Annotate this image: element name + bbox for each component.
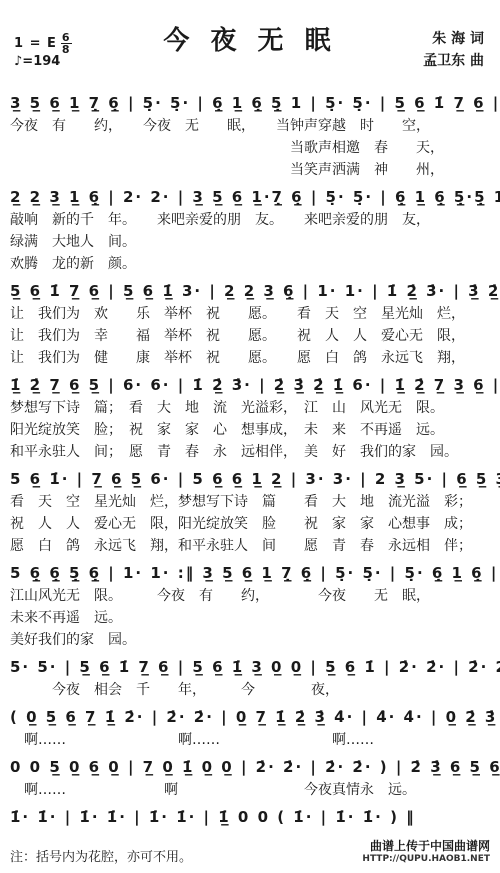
system-2: 2̲ 2̲ 3̲ 1̲ 6̲̣ | 2· 2· | 3̲ 5̲ 6̲ 1̲·7̲… xyxy=(10,186,490,275)
notation-line-9: 0 0 5̲ 0̲ 6̲ 0̲ | 7̲ 0̲ 1̲̇ 0̲ 0̲ | 2̇· … xyxy=(10,756,490,779)
lyrics-line-3-3: 让 我们为 健 康 举杯 祝 愿。 愿 白 鸽 永远飞 翔， xyxy=(10,347,490,369)
lyrics-line-3-2: 让 我们为 幸 福 举杯 祝 愿。 祝 人 人 爱心无 限， xyxy=(10,325,490,347)
lyricist: 朱 海 词 xyxy=(423,28,484,50)
notation-line-6: 5 6̲̣ 6̲̣ 5̲̣ 6̲̣ | 1· 1· :‖ 3̲ 5̲ 6̲ 1̲… xyxy=(10,562,490,585)
notation-line-3: 5̲ 6̲ 1̇ 7̲ 6̲ | 5̲ 6̲ 1̲̇ 3· | 2̲ 2̲ 3̲… xyxy=(10,280,490,303)
song-title: 今 夜 无 眠 xyxy=(10,20,490,57)
footnote: 注：括号内为花腔，亦可不用。 xyxy=(10,846,192,865)
notation-line-10: 1̇· 1̇· | 1̇· 1̇· | 1̇· 1̇· | 1̲̇ 0 0 ( … xyxy=(10,806,490,829)
system-8: ( 0̲ 5̲ 6̲ 7̲ 1̲̇ 2̇· | 2̇· 2̇· | 0̲ 7̲ … xyxy=(10,706,490,751)
lyrics-line-5-3: 愿 白 鸽 永远飞 翔，和平永驻人 间 愿 青 春 永远相 伴； xyxy=(10,535,490,557)
lyrics-line-3-1: 让 我们为 欢 乐 举杯 祝 愿。 看 天 空 星光灿 烂， xyxy=(10,303,490,325)
lyrics-line-9-1: 啊…… 啊 今夜真情永 远。 xyxy=(10,779,490,801)
lyrics-line-1-1: 今夜 有 约， 今夜 无 眠， 当钟声穿越 时 空， xyxy=(10,115,490,137)
lyrics-line-1-2: 当歌声相邀 春 天， xyxy=(10,137,490,159)
system-5: 5 6̲ 1̇· | 7̲ 6̲ 5̲ 6· | 5 6̲ 6̲ 1̲ 2̲ |… xyxy=(10,468,490,557)
credit-block: 曲谱上传于中国曲谱网 HTTP://QUPU.HAOB1.NET xyxy=(362,839,490,865)
lyrics-line-5-1: 看 天 空 星光灿 烂，梦想写下诗 篇 看 大 地 流光溢 彩； xyxy=(10,491,490,513)
lyrics-line-8-1: 啊…… 啊…… 啊…… xyxy=(10,729,490,751)
credits: 朱 海 词 孟卫东 曲 xyxy=(423,28,484,73)
system-10: 1̇· 1̇· | 1̇· 1̇· | 1̇· 1̇· | 1̲̇ 0 0 ( … xyxy=(10,806,490,829)
header: 1 = E 6 8 ♪=194 今 夜 无 眠 朱 海 词 孟卫东 曲 xyxy=(10,14,490,88)
lyrics-line-5-2: 祝 人 人 爱心无 限，阳光绽放笑 脸 祝 家 家 心想事 成； xyxy=(10,513,490,535)
lyrics-line-4-3: 和平永驻人 间； 愿 青 春 永 远相伴， 美 好 我们的家 园。 xyxy=(10,441,490,463)
system-1: 3̲ 5̲ 6̲ 1̲ 7̲̣ 6̲̣ | 5̣· 5̣· | 6̲̣ 1̲ 6… xyxy=(10,92,490,181)
lyrics-line-6-3: 美好我们的家 园。 xyxy=(10,629,490,651)
lyrics-line-7-1: 今夜 相会 千 年， 今 夜， xyxy=(10,679,490,701)
notation-line-1: 3̲ 5̲ 6̲ 1̲ 7̲̣ 6̲̣ | 5̣· 5̣· | 6̲̣ 1̲ 6… xyxy=(10,92,490,115)
lyrics-line-4-1: 梦想写下诗 篇； 看 大 地 流 光溢彩， 江 山 风光无 限。 xyxy=(10,397,490,419)
sheet-music-page: 1 = E 6 8 ♪=194 今 夜 无 眠 朱 海 词 孟卫东 曲 3̲ 5… xyxy=(0,0,500,873)
notation-line-8: ( 0̲ 5̲ 6̲ 7̲ 1̲̇ 2̇· | 2̇· 2̇· | 0̲ 7̲ … xyxy=(10,706,490,729)
lyrics-line-2-2: 绿满 大地人 间。 xyxy=(10,231,490,253)
system-3: 5̲ 6̲ 1̇ 7̲ 6̲ | 5̲ 6̲ 1̲̇ 3· | 2̲ 2̲ 3̲… xyxy=(10,280,490,369)
footer: 注：括号内为花腔，亦可不用。 曲谱上传于中国曲谱网 HTTP://QUPU.HA… xyxy=(10,839,490,865)
notation-line-4: 1̲̇ 2̲̇ 7̲ 6̲ 5̲ | 6· 6· | 1̇ 2̲̇ 3̇· | … xyxy=(10,374,490,397)
lyrics-line-6-2: 未来不再遥 远。 xyxy=(10,607,490,629)
credit-url: HTTP://QUPU.HAOB1.NET xyxy=(362,854,490,865)
lyrics-line-6-1: 江山风光无 限。 今夜 有 约， 今夜 无 眠， xyxy=(10,585,490,607)
system-9: 0 0 5̲ 0̲ 6̲ 0̲ | 7̲ 0̲ 1̲̇ 0̲ 0̲ | 2̇· … xyxy=(10,756,490,801)
lyrics-line-4-2: 阳光绽放笑 脸； 祝 家 家 心 想事成， 未 来 不再遥 远。 xyxy=(10,419,490,441)
notation-line-5: 5 6̲ 1̇· | 7̲ 6̲ 5̲ 6· | 5 6̲ 6̲ 1̲ 2̲ |… xyxy=(10,468,490,491)
system-6: 5 6̲̣ 6̲̣ 5̲̣ 6̲̣ | 1· 1· :‖ 3̲ 5̲ 6̲ 1̲… xyxy=(10,562,490,651)
systems: 3̲ 5̲ 6̲ 1̲ 7̲̣ 6̲̣ | 5̣· 5̣· | 6̲̣ 1̲ 6… xyxy=(10,92,490,829)
composer: 孟卫东 曲 xyxy=(423,50,484,72)
lyrics-line-2-3: 欢腾 龙的新 颜。 xyxy=(10,253,490,275)
system-7: 5· 5· | 5̲ 6̲ 1̇ 7̲ 6̲ | 5̲ 6̲ 1̲̇ 3̲ 0̲… xyxy=(10,656,490,701)
credit-site: 曲谱上传于中国曲谱网 xyxy=(362,839,490,854)
system-4: 1̲̇ 2̲̇ 7̲ 6̲ 5̲ | 6· 6· | 1̇ 2̲̇ 3̇· | … xyxy=(10,374,490,463)
lyrics-line-1-3: 当笑声洒满 神 州， xyxy=(10,159,490,181)
notation-line-2: 2̲ 2̲ 3̲ 1̲ 6̲̣ | 2· 2· | 3̲ 5̲ 6̲ 1̲·7̲… xyxy=(10,186,490,209)
lyrics-line-2-1: 敲响 新的千 年。 来吧亲爱的朋 友。 来吧亲爱的朋 友， xyxy=(10,209,490,231)
notation-line-7: 5· 5· | 5̲ 6̲ 1̇ 7̲ 6̲ | 5̲ 6̲ 1̲̇ 3̲ 0̲… xyxy=(10,656,490,679)
